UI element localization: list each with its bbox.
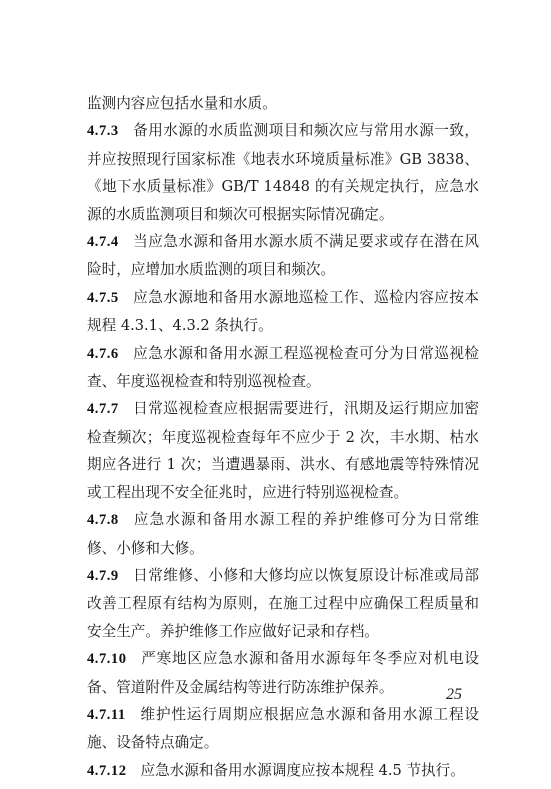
clause-4-7-11: 4.7.11维护性运行周期应根据应急水源和备用水源工程设施、设备特点确定。 bbox=[87, 701, 479, 757]
clause-number: 4.7.7 bbox=[87, 401, 119, 417]
clause-text: 当应急水源和备用水源水质不满足要求或存在潜在风险时，应增加水质监测的项目和频次。 bbox=[87, 233, 479, 278]
clause-4-7-8: 4.7.8应急水源和备用水源工程的养护维修可分为日常维修、小修和大修。 bbox=[87, 506, 479, 562]
clause-number: 4.7.6 bbox=[87, 346, 119, 362]
clause-number: 4.7.3 bbox=[87, 123, 119, 139]
clause-4-7-5: 4.7.5应急水源地和备用水源地巡检工作、巡检内容应按本规程 4.3.1、4.3… bbox=[87, 284, 479, 340]
paragraph-continuation: 监测内容应包括水量和水质。 bbox=[87, 90, 479, 117]
clause-4-7-9: 4.7.9日常维修、小修和大修均应以恢复原设计标准或局部改善工程原有结构为原则，… bbox=[87, 562, 479, 645]
clause-text: 应急水源和备用水源工程巡视检查可分为日常巡视检查、年度巡视检查和特别巡视检查。 bbox=[87, 345, 479, 390]
clause-text: 日常维修、小修和大修均应以恢复原设计标准或局部改善工程原有结构为原则，在施工过程… bbox=[87, 567, 479, 640]
clause-text: 应急水源和备用水源工程的养护维修可分为日常维修、小修和大修。 bbox=[87, 511, 479, 556]
clause-text: 维护性运行周期应根据应急水源和备用水源工程设施、设备特点确定。 bbox=[87, 706, 479, 751]
clause-4-7-12: 4.7.12应急水源和备用水源调度应按本规程 4.5 节执行。 bbox=[87, 757, 479, 785]
clause-number: 4.7.9 bbox=[87, 568, 119, 584]
clause-4-7-4: 4.7.4当应急水源和备用水源水质不满足要求或存在潜在风险时，应增加水质监测的项… bbox=[87, 228, 479, 284]
page-number: 25 bbox=[446, 686, 462, 704]
clause-text: 日常巡视检查应根据需要进行，汛期及运行期应加密检查频次；年度巡视检查每年不应少于… bbox=[87, 400, 479, 500]
clause-number: 4.7.12 bbox=[87, 763, 126, 779]
clause-number: 4.7.11 bbox=[87, 707, 126, 723]
clause-4-7-7: 4.7.7日常巡视检查应根据需要进行，汛期及运行期应加密检查频次；年度巡视检查每… bbox=[87, 395, 479, 506]
paragraph-text: 监测内容应包括水量和水质。 bbox=[87, 95, 277, 112]
clause-text: 应急水源地和备用水源地巡检工作、巡检内容应按本规程 4.3.1、4.3.2 条执… bbox=[87, 289, 479, 334]
clause-4-7-6: 4.7.6应急水源和备用水源工程巡视检查可分为日常巡视检查、年度巡视检查和特别巡… bbox=[87, 340, 479, 396]
clause-number: 4.7.10 bbox=[87, 651, 126, 667]
clause-text: 备用水源的水质监测项目和频次应与常用水源一致，并应按照现行国家标准《地表水环境质… bbox=[87, 122, 479, 222]
document-page: 监测内容应包括水量和水质。 4.7.3备用水源的水质监测项目和频次应与常用水源一… bbox=[0, 0, 551, 789]
clause-4-7-10: 4.7.10严寒地区应急水源和备用水源每年冬季应对机电设备、管道附件及金属结构等… bbox=[87, 645, 479, 701]
clause-text: 严寒地区应急水源和备用水源每年冬季应对机电设备、管道附件及金属结构等进行防冻维护… bbox=[87, 650, 479, 695]
clause-number: 4.7.5 bbox=[87, 290, 119, 306]
page-body: 监测内容应包括水量和水质。 4.7.3备用水源的水质监测项目和频次应与常用水源一… bbox=[87, 90, 479, 785]
clause-text: 应急水源和备用水源调度应按本规程 4.5 节执行。 bbox=[140, 762, 464, 779]
clause-4-7-3: 4.7.3备用水源的水质监测项目和频次应与常用水源一致，并应按照现行国家标准《地… bbox=[87, 117, 479, 228]
clause-number: 4.7.4 bbox=[87, 234, 119, 250]
clause-number: 4.7.8 bbox=[87, 512, 119, 528]
